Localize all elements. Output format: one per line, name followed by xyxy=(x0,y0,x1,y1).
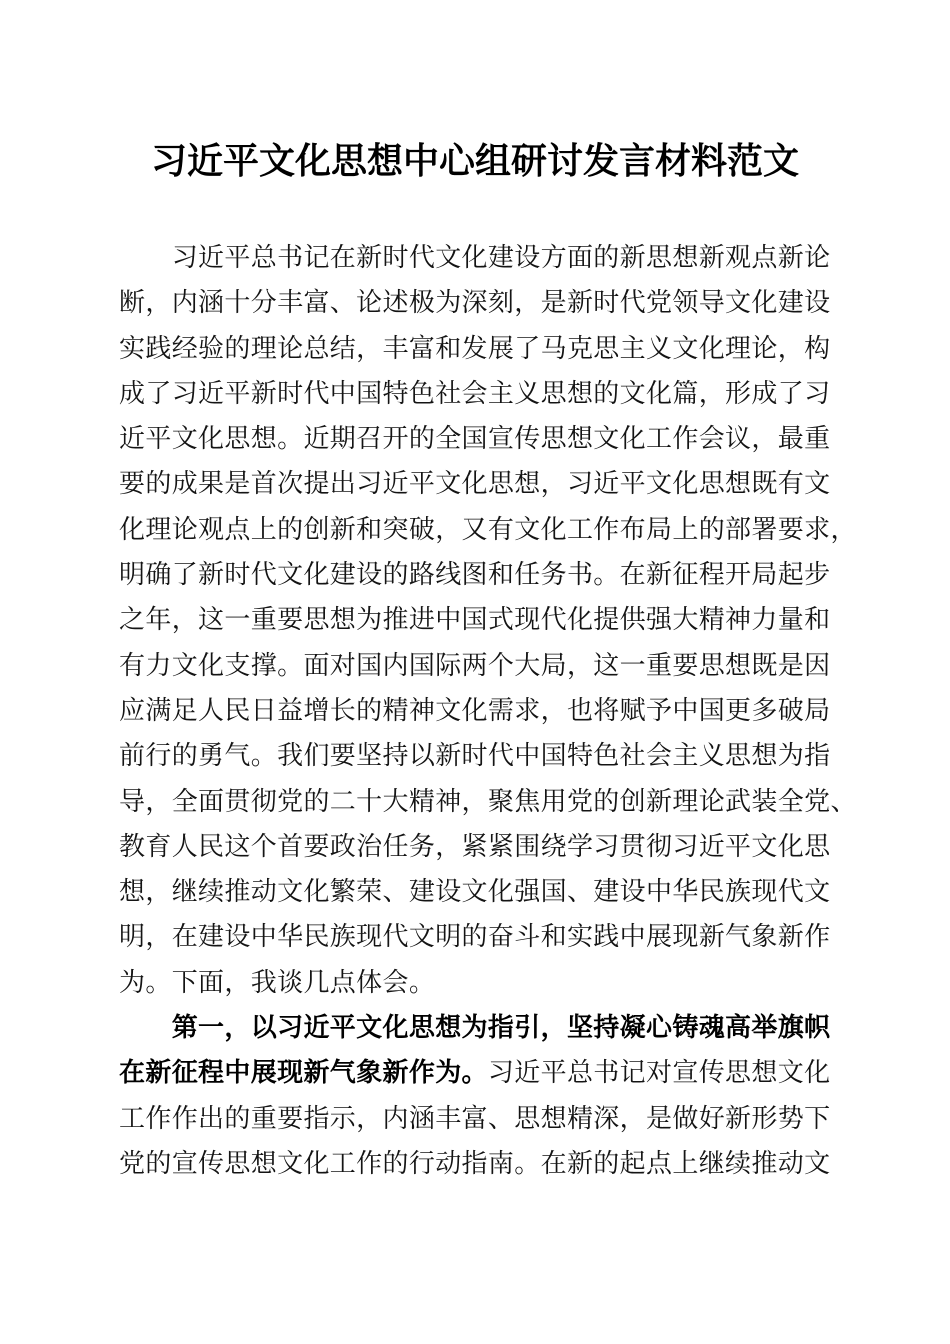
text-line: 第一，以习近平文化思想为指引，坚持凝心铸魂高举旗帜 xyxy=(119,1005,835,1050)
text-line: 化理论观点上的创新和突破，又有文化工作布局上的部署要求， xyxy=(119,507,835,552)
text-run: 应满足人民日益增长的精神文化需求，也将赋予中国更多破局 xyxy=(119,696,830,725)
text-run: 为。下面，我谈几点体会。 xyxy=(119,968,435,997)
text-line: 工作作出的重要指示，内涵丰富、思想精深，是做好新形势下 xyxy=(119,1096,835,1141)
text-run: 习近平总书记在新时代文化建设方面的新思想新观点新论 xyxy=(119,243,830,272)
text-run: 断，内涵十分丰富、论述极为深刻，是新时代党领导文化建设 xyxy=(119,288,830,317)
text-run: 明，在建设中华民族现代文明的奋斗和实践中展现新气象新作 xyxy=(119,922,830,951)
text-run: 之年，这一重要思想为推进中国式现代化提供强大精神力量和 xyxy=(119,605,830,634)
text-run: 导，全面贯彻党的二十大精神，聚焦用党的创新理论武装全党、 xyxy=(119,787,857,816)
document-page: 习近平文化思想中心组研讨发言材料范文 习近平总书记在新时代文化建设方面的新思想新… xyxy=(0,0,950,1344)
text-run: 要的成果是首次提出习近平文化思想，习近平文化思想既有文 xyxy=(119,469,830,498)
text-line: 成了习近平新时代中国特色社会主义思想的文化篇，形成了习 xyxy=(119,371,835,416)
text-run: 有力文化支撑。面对国内国际两个大局，这一重要思想既是因 xyxy=(119,651,830,680)
text-run: 近平文化思想。近期召开的全国宣传思想文化工作会议，最重 xyxy=(119,424,830,453)
bold-text-run: 在新征程中展现新气象新作为。 xyxy=(119,1058,488,1087)
text-line: 要的成果是首次提出习近平文化思想，习近平文化思想既有文 xyxy=(119,461,835,506)
text-run: 前行的勇气。我们要坚持以新时代中国特色社会主义思想为指 xyxy=(119,741,830,770)
text-run: 成了习近平新时代中国特色社会主义思想的文化篇，形成了习 xyxy=(119,379,830,408)
text-line: 明，在建设中华民族现代文明的奋斗和实践中展现新气象新作 xyxy=(119,914,835,959)
text-run: 习近平总书记对宣传思想文化 xyxy=(488,1058,831,1087)
text-line: 前行的勇气。我们要坚持以新时代中国特色社会主义思想为指 xyxy=(119,733,835,778)
text-line: 明确了新时代文化建设的路线图和任务书。在新征程开局起步 xyxy=(119,552,835,597)
bold-text-run: 第一，以习近平文化思想为指引，坚持凝心铸魂高举旗帜 xyxy=(119,1013,830,1042)
text-line: 教育人民这个首要政治任务，紧紧围绕学习贯彻习近平文化思 xyxy=(119,824,835,869)
text-run: 教育人民这个首要政治任务，紧紧围绕学习贯彻习近平文化思 xyxy=(119,832,830,861)
text-run: 想，继续推动文化繁荣、建设文化强国、建设中华民族现代文 xyxy=(119,877,830,906)
text-line: 党的宣传思想文化工作的行动指南。在新的起点上继续推动文 xyxy=(119,1141,835,1186)
document-title: 习近平文化思想中心组研讨发言材料范文 xyxy=(0,0,950,181)
text-line: 实践经验的理论总结，丰富和发展了马克思主义文化理论，构 xyxy=(119,326,835,371)
text-run: 党的宣传思想文化工作的行动指南。在新的起点上继续推动文 xyxy=(119,1149,830,1178)
text-run: 化理论观点上的创新和突破，又有文化工作布局上的部署要求， xyxy=(119,515,857,544)
text-line: 应满足人民日益增长的精神文化需求，也将赋予中国更多破局 xyxy=(119,688,835,733)
text-run: 工作作出的重要指示，内涵丰富、思想精深，是做好新形势下 xyxy=(119,1104,830,1133)
text-line: 有力文化支撑。面对国内国际两个大局，这一重要思想既是因 xyxy=(119,643,835,688)
text-run: 实践经验的理论总结，丰富和发展了马克思主义文化理论，构 xyxy=(119,334,830,363)
text-line: 为。下面，我谈几点体会。 xyxy=(119,960,835,1005)
text-line: 导，全面贯彻党的二十大精神，聚焦用党的创新理论武装全党、 xyxy=(119,779,835,824)
text-line: 近平文化思想。近期召开的全国宣传思想文化工作会议，最重 xyxy=(119,416,835,461)
text-line: 之年，这一重要思想为推进中国式现代化提供强大精神力量和 xyxy=(119,597,835,642)
text-line: 在新征程中展现新气象新作为。习近平总书记对宣传思想文化 xyxy=(119,1050,835,1095)
text-line: 习近平总书记在新时代文化建设方面的新思想新观点新论 xyxy=(119,235,835,280)
text-line: 想，继续推动文化繁荣、建设文化强国、建设中华民族现代文 xyxy=(119,869,835,914)
text-line: 断，内涵十分丰富、论述极为深刻，是新时代党领导文化建设 xyxy=(119,280,835,325)
text-run: 明确了新时代文化建设的路线图和任务书。在新征程开局起步 xyxy=(119,560,830,589)
document-body: 习近平总书记在新时代文化建设方面的新思想新观点新论断，内涵十分丰富、论述极为深刻… xyxy=(119,235,835,1186)
